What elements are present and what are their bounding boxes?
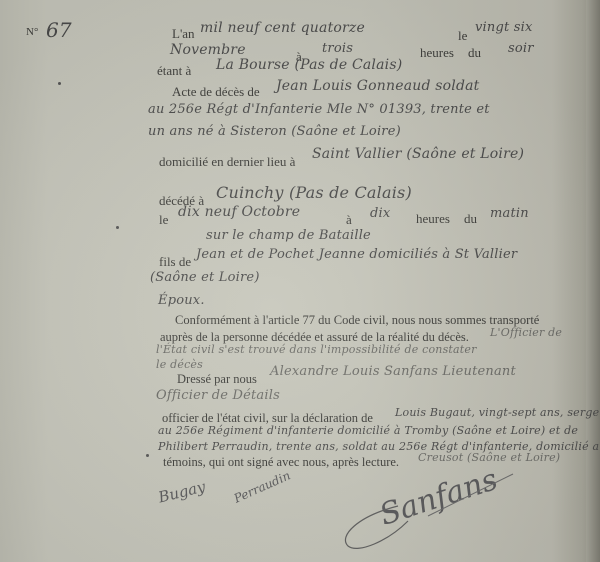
day-value: vingt six xyxy=(475,20,533,35)
article-note-3: le décès xyxy=(156,358,203,371)
ink-dot xyxy=(146,454,149,457)
date-label: le xyxy=(159,212,168,228)
article-note-1: L'Officier de xyxy=(490,326,562,339)
ink-dot xyxy=(58,82,61,85)
month-value: Novembre xyxy=(170,42,246,58)
year-label: L'an xyxy=(172,26,195,42)
declarant-1-line-2: au 256e Régiment d'infanterie domicilié … xyxy=(158,424,578,437)
signature-flourish xyxy=(338,466,568,556)
hours-label: heures xyxy=(420,45,454,61)
died-value: Cuinchy (Pas de Calais) xyxy=(216,183,412,202)
place-value: La Bourse (Pas de Calais) xyxy=(216,57,402,73)
date-at-label: à xyxy=(346,212,352,228)
declarant-1: Louis Bugaut, vingt-sept ans, sergent xyxy=(395,406,600,419)
date-value: dix neuf Octobre xyxy=(178,204,300,220)
record-number-label: N° xyxy=(26,26,38,38)
drawn-line-2: Officier de Détails xyxy=(156,388,280,403)
page-edge xyxy=(586,0,600,562)
date-hour-value: dix xyxy=(370,206,390,221)
ink-dot xyxy=(116,226,119,229)
civil-death-record-page: N° 67 L'an mil neuf cent quatorze le vin… xyxy=(0,0,600,562)
du-label: du xyxy=(468,45,481,61)
place-label: étant à xyxy=(157,63,191,79)
son-line-2: (Saône et Loire) xyxy=(150,270,260,285)
date-period-value: matin xyxy=(490,206,529,221)
spouse-note: Époux. xyxy=(158,293,205,308)
period-value: soir xyxy=(508,41,534,56)
hour-value: trois xyxy=(322,41,353,56)
act-label: Acte de décès de xyxy=(172,84,260,100)
battlefield-note: sur le champ de Bataille xyxy=(206,228,371,243)
article-note-2: l'État civil s'est trouvé dans l'impossi… xyxy=(156,343,477,356)
act-line-3: un ans né à Sisteron (Saône et Loire) xyxy=(148,124,401,139)
domicile-value: Saint Vallier (Saône et Loire) xyxy=(312,146,524,162)
date-hours-label: heures xyxy=(416,211,450,227)
son-label: fils de xyxy=(159,254,191,270)
article-line-1: Conformément à l'article 77 du Code civi… xyxy=(175,313,539,328)
domicile-label: domicilié en dernier lieu à xyxy=(159,154,295,170)
record-number-value: 67 xyxy=(46,18,72,42)
act-line-2: au 256e Régt d'Infanterie Mle N° 01393, … xyxy=(148,102,490,117)
signature-perraudin: Perraudin xyxy=(232,468,293,505)
drawn-value: Alexandre Louis Sanfans Lieutenant xyxy=(270,364,516,379)
date-du-label: du xyxy=(464,211,477,227)
son-value: Jean et de Pochet Jeanne domiciliés à St… xyxy=(196,247,517,262)
day-label: le xyxy=(458,28,467,44)
drawn-label: Dressé par nous xyxy=(177,372,257,387)
act-name: Jean Louis Gonneaud soldat xyxy=(276,78,480,94)
signature-bugay: Bugay xyxy=(157,477,208,506)
year-value: mil neuf cent quatorze xyxy=(200,20,365,36)
